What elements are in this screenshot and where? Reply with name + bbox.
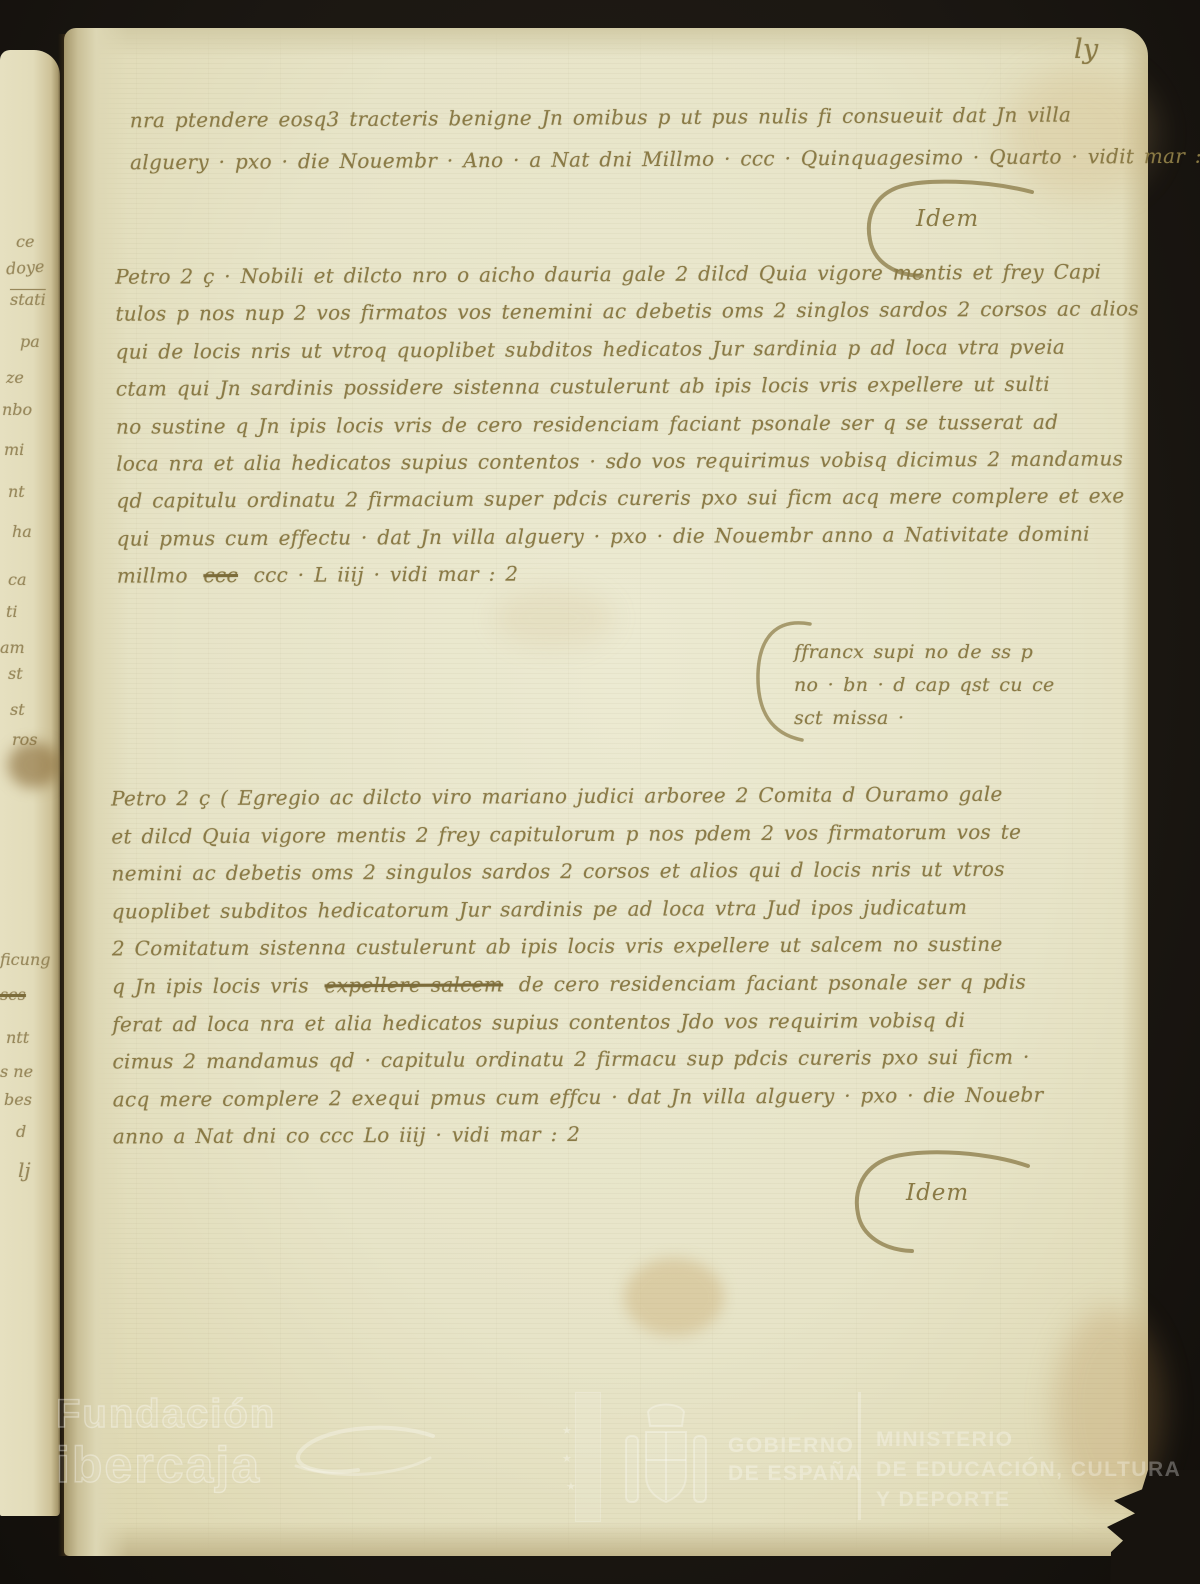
ministerio-watermark-line2: DE EDUCACIÓN, CULTURA (876, 1458, 1181, 1482)
text-line-with-strikethrough: q Jn ipis locis vris expellere salcem de… (112, 964, 1043, 1006)
text-line: acq mere complere 2 exequi pmus cum effc… (113, 1076, 1044, 1118)
ministerio-watermark-line3: Y DEPORTE (876, 1488, 1010, 1512)
margin-fragment: s ne (0, 1062, 33, 1081)
ministerio-watermark-line1: MINISTERIO (876, 1428, 1014, 1452)
idem-label: Idem (916, 206, 979, 232)
margin-fragment: ze (6, 368, 24, 387)
text-line-with-strikethrough: millmo ccc ccc · L iiij · vidi mar : 2 (117, 553, 1141, 596)
folio-number: ly (1074, 34, 1099, 65)
text-line: no · bn · d cap qst cu ce (794, 669, 1055, 702)
ibercaja-watermark-text: ibercaja (56, 1436, 261, 1494)
text-line: qd capitulu ordinatu 2 firmacium super p… (116, 478, 1140, 521)
margin-fragment: ti (6, 602, 18, 621)
margin-fragment: d (16, 1122, 26, 1141)
margin-fragment: lj (18, 1158, 31, 1182)
margin-fragment: nt (8, 482, 25, 501)
fundacion-watermark-text: Fundación (56, 1392, 276, 1437)
text-line: Petro 2 ç ( Egregio ac dilcto viro maria… (111, 776, 1042, 818)
margin-fragment: stati (10, 290, 46, 309)
flag-banner-icon (575, 1392, 601, 1522)
text-line: nemini ac debetis oms 2 singulos sardos … (111, 851, 1042, 893)
archival-photo-backdrop: ce doye stati pa ze nbo mi nt ha ca ti a… (0, 0, 1200, 1584)
manuscript-page: ly nra ptendere eosq3 tracteris benigne … (64, 28, 1148, 1556)
text-line: Petro 2 ç · Nobili et dilcto nro o aicho… (115, 253, 1139, 296)
margin-fragment: doye (5, 257, 45, 279)
line-prefix: q Jn ipis locis vris (112, 973, 309, 998)
margin-fragment: nbo (2, 400, 32, 419)
text-line: nra ptendere eosq3 tracteris benigne Jn … (130, 93, 1200, 142)
text-line: et dilcd Quia vigore mentis 2 frey capit… (111, 813, 1042, 855)
gobierno-watermark-line1: GOBIERNO (728, 1434, 854, 1458)
struck-words: expellere salcem (325, 972, 504, 997)
struck-word: ccc (203, 563, 238, 587)
text-line: ffrancx supi no de ss p (794, 636, 1055, 669)
facing-page-edge: ce doye stati pa ze nbo mi nt ha ca ti a… (0, 50, 60, 1516)
text-line: loca nra et alia hedicatos supius conten… (116, 440, 1140, 483)
paragraph-1: Petro 2 ç · Nobili et dilcto nro o aicho… (115, 253, 1140, 595)
line-suffix: ccc · L iiij · vidi mar : 2 (254, 562, 519, 587)
margin-note: ffrancx supi no de ss p no · bn · d cap … (752, 616, 1012, 746)
margin-fragment: ha (12, 522, 32, 541)
paper-stain (494, 588, 614, 648)
margin-fragment: ntt (6, 1028, 29, 1047)
margin-fragment: ca (8, 570, 27, 589)
gobierno-watermark-line2: DE ESPAÑA (728, 1462, 862, 1486)
idem-label: Idem (906, 1180, 969, 1206)
margin-fragment: pa (20, 332, 40, 351)
margin-fragment: st (8, 664, 23, 683)
margin-fragment: am (0, 638, 25, 657)
paragraph-2: Petro 2 ç ( Egregio ac dilcto viro maria… (111, 776, 1044, 1157)
text-line: 2 Comitatum sistenna custulerunt ab ipis… (112, 926, 1043, 968)
watermark-divider (858, 1392, 861, 1520)
margin-fragment: st (10, 700, 25, 719)
ink-stain (8, 742, 60, 788)
text-line: sct missa · (794, 702, 1055, 735)
text-line: tulos p nos nup 2 vos firmatos vos tenem… (115, 291, 1139, 334)
ibercaja-swirl-icon (288, 1418, 438, 1488)
margin-fragment: mi (4, 440, 24, 459)
paper-stain (624, 1258, 724, 1336)
star-icon: ★ (562, 1424, 572, 1437)
text-line: qui de locis nris ut vtroq quoplibet sub… (116, 328, 1140, 371)
text-line: cimus 2 mandamus qd · capitulu ordinatu … (112, 1039, 1043, 1081)
text-line: alguery · pxo · die Nouembr · Ano · a Na… (130, 135, 1200, 184)
margin-note-text: ffrancx supi no de ss p no · bn · d cap … (794, 636, 1055, 735)
text-line: no sustine q Jn ipis locis vris de cero … (116, 403, 1140, 446)
text-line: ferat ad loca nra et alia hedicatos supi… (112, 1001, 1043, 1043)
margin-fragment: ce (16, 232, 34, 251)
margin-fragment-struck: ses (0, 985, 26, 1004)
margin-fragment: ficung (0, 950, 50, 969)
text-line: qui pmus cum effectu · dat Jn villa algu… (116, 515, 1140, 558)
line-prefix: millmo (117, 564, 188, 588)
spain-coat-of-arms-icon (618, 1398, 714, 1516)
line-suffix: de cero residenciam faciant psonale ser … (519, 970, 1026, 997)
margin-fragment: bes (4, 1090, 32, 1109)
text-line: ctam qui Jn sardinis possidere sistenna … (116, 366, 1140, 409)
star-icon: ★ (566, 1480, 576, 1493)
text-block-dating-clause: nra ptendere eosq3 tracteris benigne Jn … (130, 93, 1200, 184)
star-icon: ★ (562, 1452, 572, 1465)
text-line: quoplibet subditos hedicatorum Jur sardi… (112, 888, 1043, 930)
idem-mark-2: Idem (852, 1146, 1032, 1256)
